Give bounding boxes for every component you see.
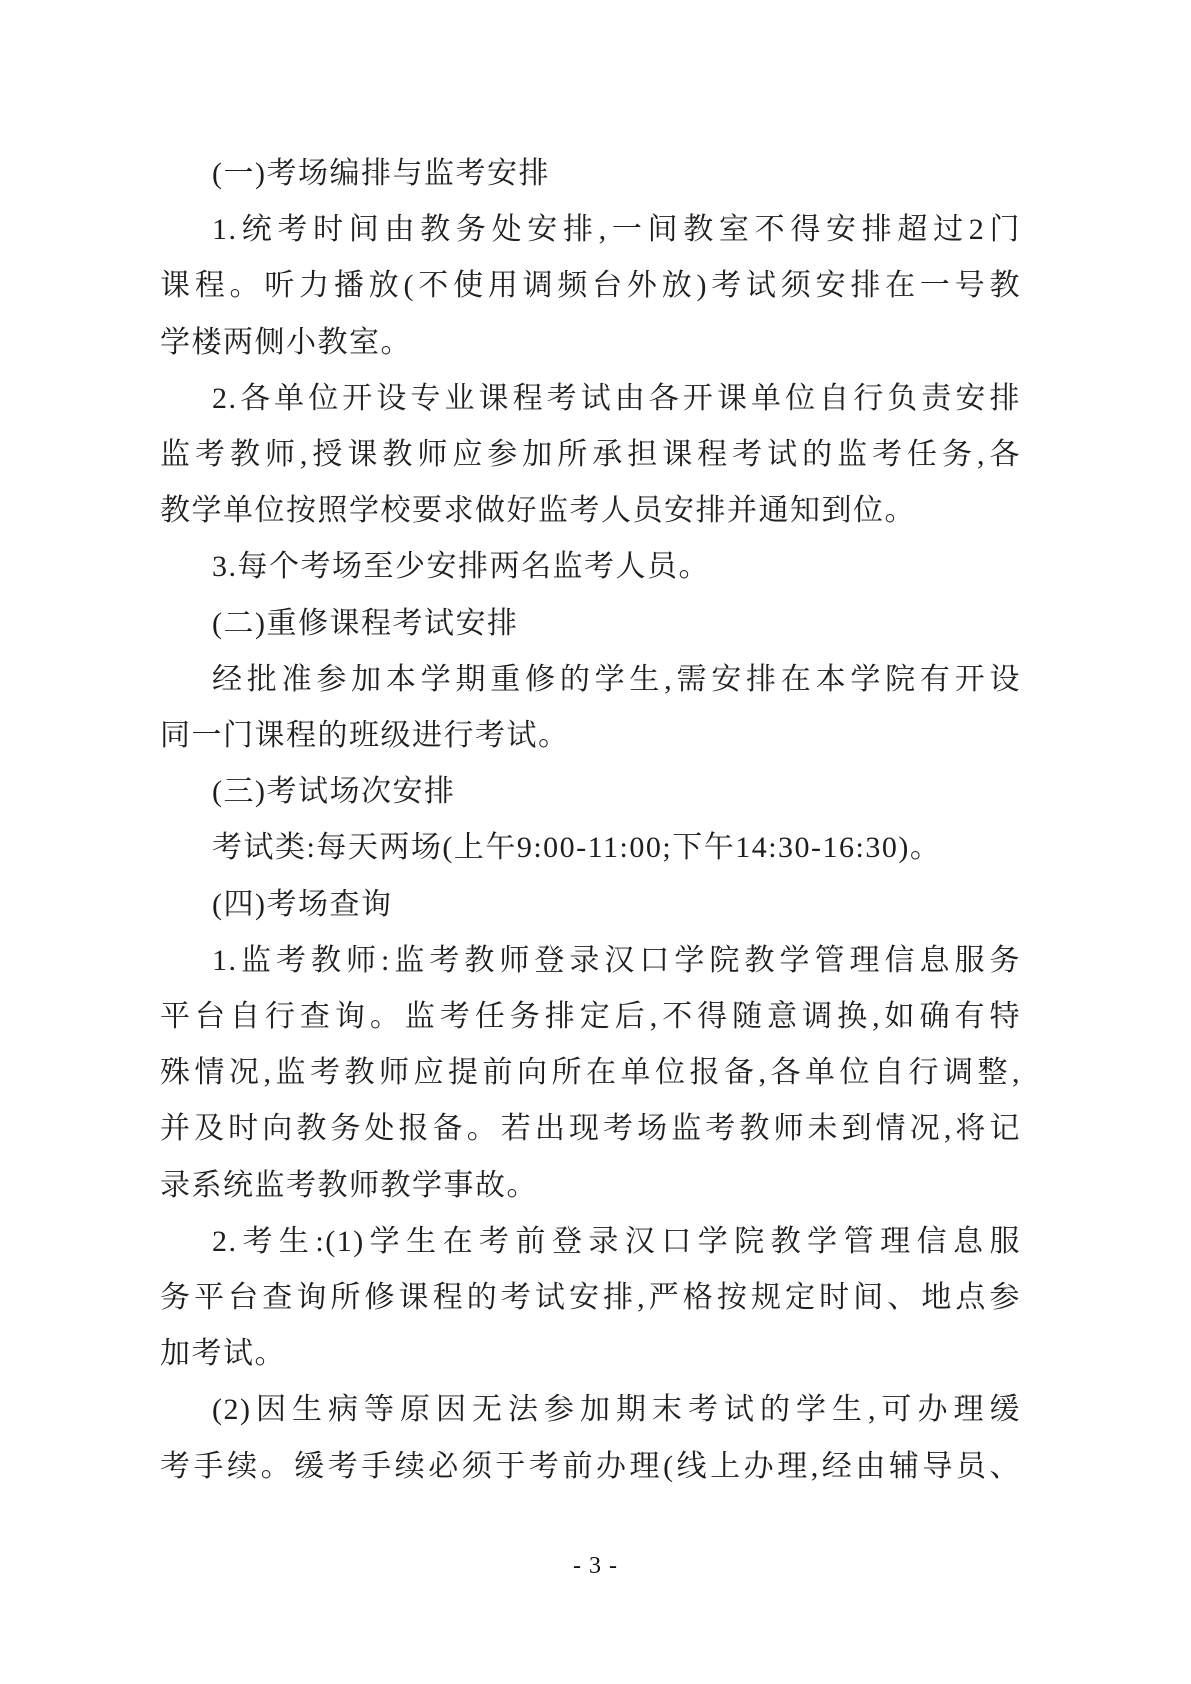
document-body: (一)考场编排与监考安排 1.统考时间由教务处安排,一间教室不得安排超过2门 课…	[160, 146, 1021, 1495]
text-line: 并及时向教务处报备。若出现考场监考教师未到情况,将记	[160, 1101, 1021, 1157]
section-heading: (四)考场查询	[160, 877, 1021, 933]
text-line: 3.每个考场至少安排两名监考人员。	[160, 539, 1021, 595]
text-line: 殊情况,监考教师应提前向所在单位报备,各单位自行调整,	[160, 1045, 1021, 1101]
text-line: 监考教师,授课教师应参加所承担课程考试的监考任务,各	[160, 427, 1021, 483]
text-line: 务平台查询所修课程的考试安排,严格按规定时间、地点参	[160, 1270, 1021, 1326]
text-line: 1.统考时间由教务处安排,一间教室不得安排超过2门	[160, 202, 1021, 258]
text-line: 经批准参加本学期重修的学生,需安排在本学院有开设	[160, 652, 1021, 708]
page-number: - 3 -	[0, 1553, 1191, 1580]
text-line: 2.各单位开设专业课程考试由各开课单位自行负责安排	[160, 371, 1021, 427]
section-heading: (二)重修课程考试安排	[160, 596, 1021, 652]
text-line: 学楼两侧小教室。	[160, 315, 1021, 371]
text-line: 课程。听力播放(不使用调频台外放)考试须安排在一号教	[160, 258, 1021, 314]
text-line: 同一门课程的班级进行考试。	[160, 708, 1021, 764]
text-line: 录系统监考教师教学事故。	[160, 1158, 1021, 1214]
section-heading: (三)考试场次安排	[160, 764, 1021, 820]
text-line: 1.监考教师:监考教师登录汉口学院教学管理信息服务	[160, 933, 1021, 989]
section-heading: (一)考场编排与监考安排	[160, 146, 1021, 202]
text-line: 考手续。缓考手续必须于考前办理(线上办理,经由辅导员、	[160, 1439, 1021, 1495]
text-line: (2)因生病等原因无法参加期末考试的学生,可办理缓	[160, 1382, 1021, 1438]
text-line: 2.考生:(1)学生在考前登录汉口学院教学管理信息服	[160, 1214, 1021, 1270]
text-line: 考试类:每天两场(上午9:00-11:00;下午14:30-16:30)。	[160, 820, 1021, 876]
text-line: 教学单位按照学校要求做好监考人员安排并通知到位。	[160, 483, 1021, 539]
document-page: (一)考场编排与监考安排 1.统考时间由教务处安排,一间教室不得安排超过2门 课…	[0, 0, 1191, 1684]
text-line: 加考试。	[160, 1326, 1021, 1382]
text-line: 平台自行查询。监考任务排定后,不得随意调换,如确有特	[160, 989, 1021, 1045]
